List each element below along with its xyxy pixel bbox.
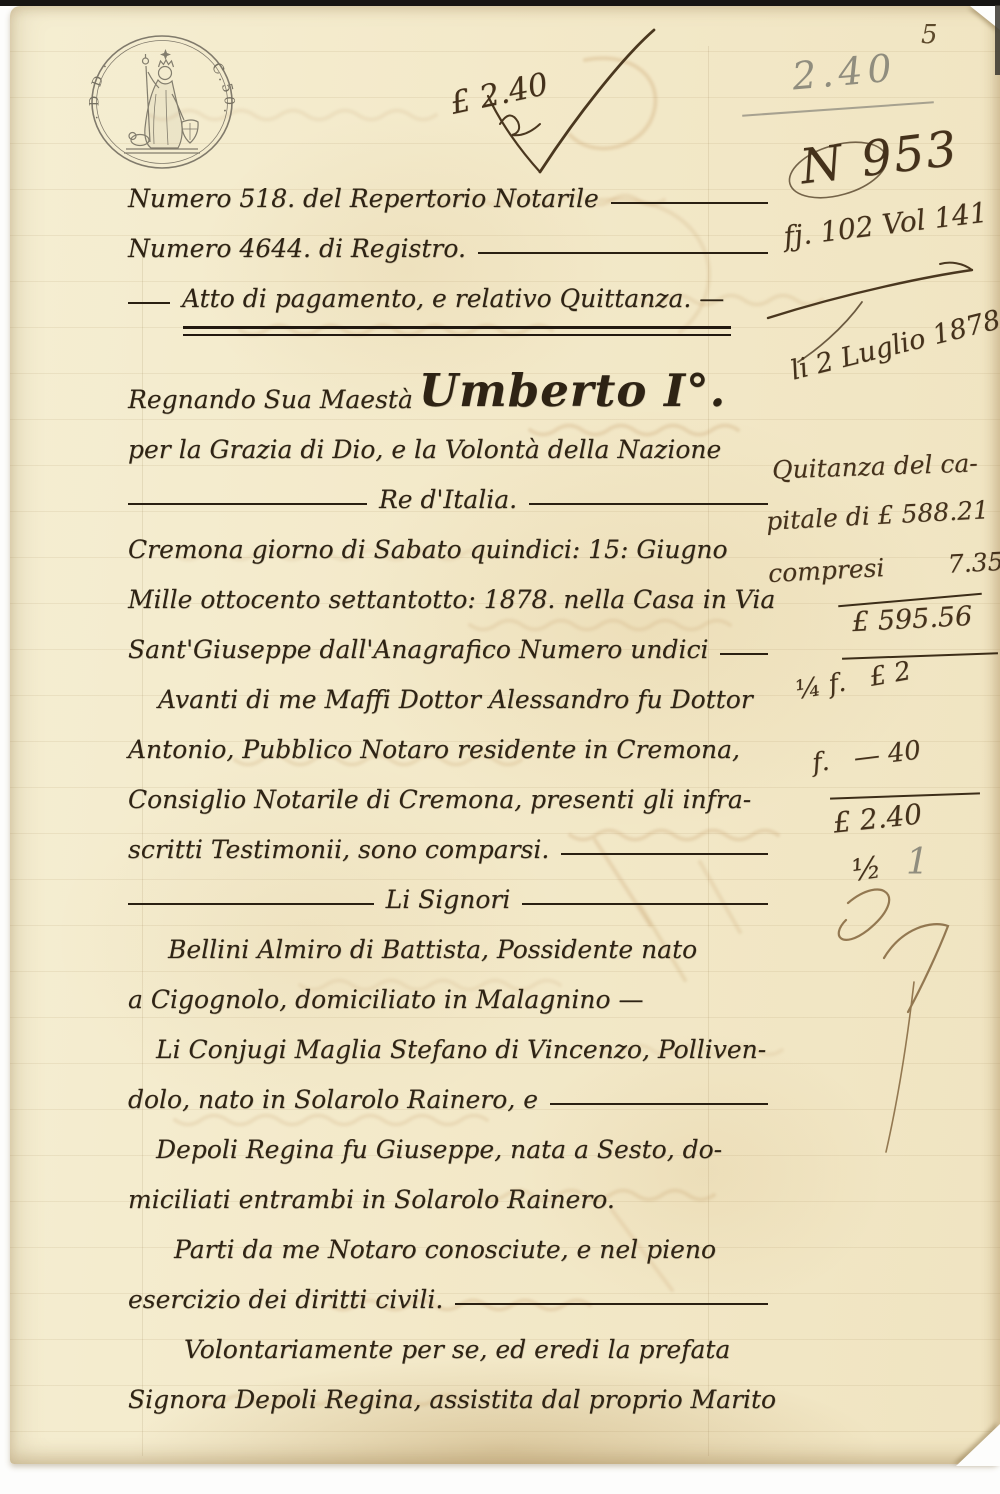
manuscript-line: Sant'Giuseppe dall'Anagrafico Numero und… xyxy=(128,616,770,666)
page-corner-fold xyxy=(956,1424,1000,1466)
manuscript-text: miciliati entrambi in Solarolo Rainero. xyxy=(128,1187,615,1213)
pencil-fee-note: 2.40 xyxy=(790,46,898,99)
manuscript-line: Depoli Regina fu Giuseppe, nata a Sesto,… xyxy=(128,1116,770,1166)
manuscript-text: Li Conjugi Maglia Stefano di Vincenzo, P… xyxy=(156,1037,766,1063)
svg-text:· D D ·: · D D · xyxy=(88,59,114,121)
manuscript-line: Avanti di me Maffi Dottor Alessandro fu … xyxy=(128,666,770,716)
manuscript-line: Atto di pagamento, e relativo Quittanza.… xyxy=(128,265,770,315)
manuscript-text: Volontariamente per se, ed eredi la pref… xyxy=(184,1337,730,1363)
manuscript-line: Volontariamente per se, ed eredi la pref… xyxy=(128,1316,770,1366)
manuscript-line: Mille ottocento settantotto: 1878. nella… xyxy=(128,566,770,616)
manuscript-text: Signora Depoli Regina, assistita dal pro… xyxy=(128,1387,776,1413)
manuscript-text: Numero 518. del Repertorio Notarile xyxy=(128,186,599,212)
manuscript-text: scritti Testimonii, sono comparsi. xyxy=(128,837,549,863)
manuscript-line: Bellini Almiro di Battista, Possidente n… xyxy=(128,916,770,966)
manuscript-text: Numero 4644. di Registro. xyxy=(128,236,466,262)
fee-extra-mark: ½ xyxy=(850,850,884,889)
manuscript-text: per la Grazia di Dio, e la Volontà della… xyxy=(128,437,721,463)
stamp-figure-italia xyxy=(124,49,200,153)
scanned-notarial-deed: C.50. · D D · xyxy=(0,0,1000,1494)
manuscript-text: Mille ottocento settantotto: 1878. nella… xyxy=(128,587,775,613)
revenue-stamp-seal: C.50. · D D · xyxy=(88,32,236,174)
manuscript-text: Umberto I°. xyxy=(413,370,726,413)
ink-rule xyxy=(478,252,768,254)
manuscript-text: Bellini Almiro di Battista, Possidente n… xyxy=(168,937,697,963)
manuscript-text: Cremona giorno di Sabato quindici: 15: G… xyxy=(128,537,728,563)
manuscript-line: Re d'Italia. xyxy=(128,466,770,516)
ink-rule xyxy=(529,503,768,505)
manuscript-line: Consiglio Notarile di Cremona, presenti … xyxy=(128,766,770,816)
manuscript-line: Numero 518. del Repertorio Notarile xyxy=(128,165,770,215)
ink-rule xyxy=(720,653,768,655)
pencil-one-mark: 1 xyxy=(906,842,929,883)
manuscript-line: esercizio dei diritti civili. xyxy=(128,1266,770,1316)
manuscript-text: Avanti di me Maffi Dottor Alessandro fu … xyxy=(158,687,753,713)
manuscript-text: Depoli Regina fu Giuseppe, nata a Sesto,… xyxy=(156,1137,722,1163)
manuscript-line: Li Signori xyxy=(128,866,770,916)
manuscript-line: Numero 4644. di Registro. xyxy=(128,215,770,265)
manuscript-line: Signora Depoli Regina, assistita dal pro… xyxy=(128,1366,770,1416)
manuscript-text: esercizio dei diritti civili. xyxy=(128,1287,443,1313)
manuscript-text: Sant'Giuseppe dall'Anagrafico Numero und… xyxy=(128,637,708,663)
manuscript-text: Antonio, Pubblico Notaro residente in Cr… xyxy=(128,737,740,763)
ink-rule xyxy=(128,903,374,905)
manuscript-line: Li Conjugi Maglia Stefano di Vincenzo, P… xyxy=(128,1016,770,1066)
manuscript-line: Antonio, Pubblico Notaro residente in Cr… xyxy=(128,716,770,766)
manuscript-line: Cremona giorno di Sabato quindici: 15: G… xyxy=(128,516,770,566)
ink-rule xyxy=(550,1103,768,1105)
ink-rule xyxy=(128,503,367,505)
manuscript-text: Li Signori xyxy=(386,887,511,913)
section-divider xyxy=(128,315,770,347)
margin-sum-total: £ 595.56 xyxy=(851,601,973,638)
ink-rule xyxy=(561,853,768,855)
manuscript-line: Regnando Sua MaestàUmberto I°. xyxy=(128,347,770,416)
ink-rule xyxy=(455,1303,768,1305)
page-number: 5 xyxy=(921,20,938,50)
scan-edge-strip xyxy=(0,0,1000,6)
scan-edge-shadow xyxy=(995,5,1000,75)
manuscript-line: a Cigognolo, domiciliato in Malagnino — xyxy=(128,966,770,1016)
manuscript-text: Parti da me Notaro conosciute, e nel pie… xyxy=(174,1237,716,1263)
manuscript-line: dolo, nato in Solarolo Rainero, e xyxy=(128,1066,770,1116)
manuscript-text: Regnando Sua Maestà xyxy=(128,387,413,413)
manuscript-text: Atto di pagamento, e relativo Quittanza.… xyxy=(182,286,724,312)
manuscript-column: Numero 518. del Repertorio NotarileNumer… xyxy=(128,165,770,1416)
ink-rule xyxy=(522,903,768,905)
manuscript-text: Re d'Italia. xyxy=(379,487,517,513)
manuscript-text: dolo, nato in Solarolo Rainero, e xyxy=(128,1087,538,1113)
ink-rule xyxy=(128,302,170,304)
manuscript-line: miciliati entrambi in Solarolo Rainero. xyxy=(128,1166,770,1216)
manuscript-text: Consiglio Notarile di Cremona, presenti … xyxy=(128,787,751,813)
stamp-left-letters: · D D · xyxy=(88,59,114,121)
manuscript-line: scritti Testimonii, sono comparsi. xyxy=(128,816,770,866)
ink-rule xyxy=(611,202,768,204)
manuscript-line: Parti da me Notaro conosciute, e nel pie… xyxy=(128,1216,770,1266)
manuscript-line: per la Grazia di Dio, e la Volontà della… xyxy=(128,416,770,466)
revenue-stamp: C.50. · D D · xyxy=(88,32,236,174)
manuscript-text: a Cigognolo, domiciliato in Malagnino — xyxy=(128,987,643,1013)
